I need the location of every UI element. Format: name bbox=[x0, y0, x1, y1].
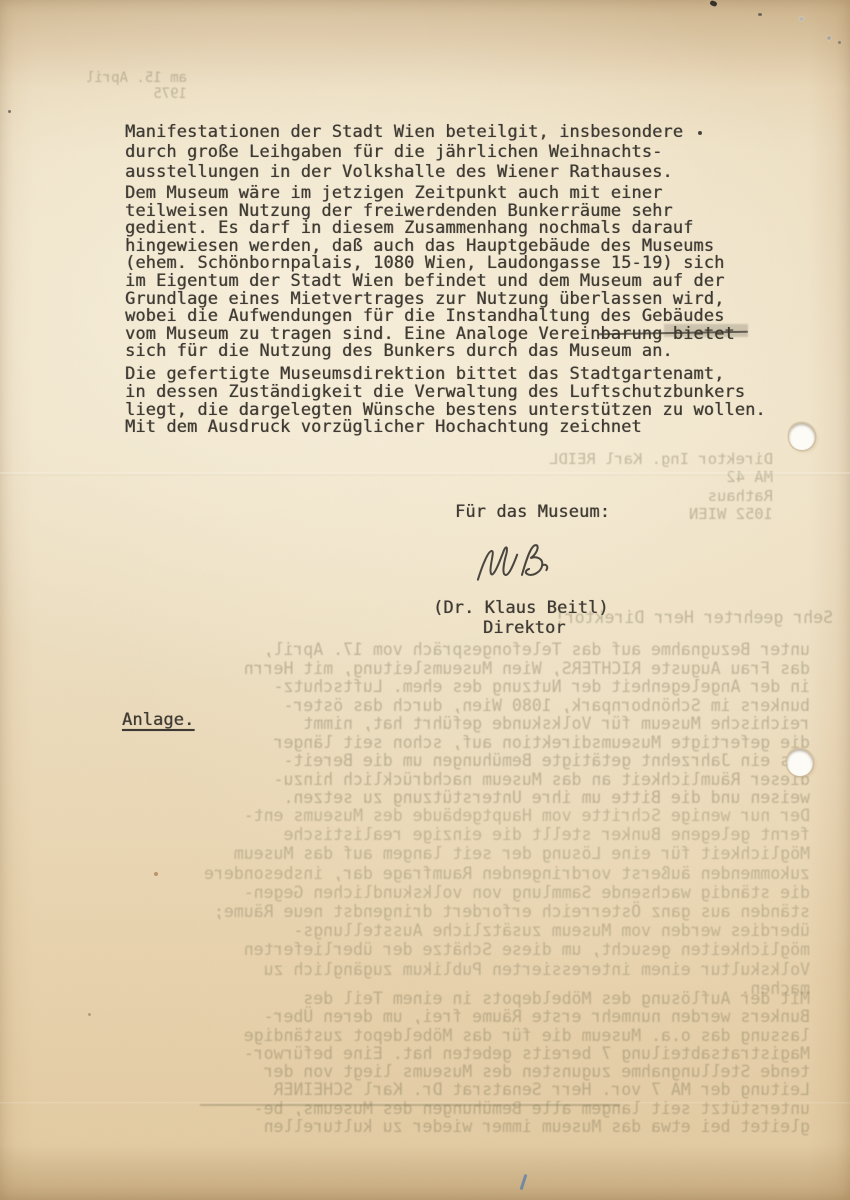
closing-for-museum-line: Für das Museum: bbox=[455, 502, 715, 522]
paper-speck bbox=[88, 1013, 91, 1016]
hole-punch-bottom bbox=[787, 749, 813, 776]
bleed-through-date: am 15. April 1975 bbox=[47, 70, 187, 102]
scanned-letter-page: am 15. April 1975 Direktor Ing. Karl REI… bbox=[0, 0, 850, 1200]
paper-speck bbox=[154, 872, 158, 876]
paper-speck bbox=[698, 131, 702, 135]
paper-speck bbox=[838, 41, 841, 44]
signer-name: (Dr. Klaus Beitl) bbox=[433, 598, 693, 618]
letter-paragraph-3: Die gefertigte Museumsdirektion bittet d… bbox=[125, 366, 825, 437]
paper-speck bbox=[8, 110, 11, 113]
paper-speck bbox=[827, 36, 831, 40]
blue-pen-mark bbox=[520, 1174, 527, 1190]
signer-title: Direktor bbox=[483, 618, 683, 638]
bleed-through-paragraph-2: Der nur wenige Schritte vom Hauptgebäude… bbox=[40, 806, 810, 998]
attachment-label: Anlage. bbox=[122, 710, 282, 730]
bleed-through-paragraph-3: Mit der Auflösung des Möbeldepots in ein… bbox=[40, 990, 810, 1136]
letter-paragraph-1: Manifestationen der Stadt Wien beteilgit… bbox=[125, 122, 825, 182]
hole-punch-top bbox=[789, 423, 815, 450]
paper-crease-lower bbox=[0, 1102, 850, 1105]
signature bbox=[470, 538, 562, 588]
paper-speck bbox=[799, 17, 804, 21]
overstrike-correction-smudge bbox=[664, 324, 748, 337]
paper-speck bbox=[709, 0, 717, 7]
paper-crease bbox=[0, 472, 850, 476]
paper-speck bbox=[758, 13, 762, 16]
